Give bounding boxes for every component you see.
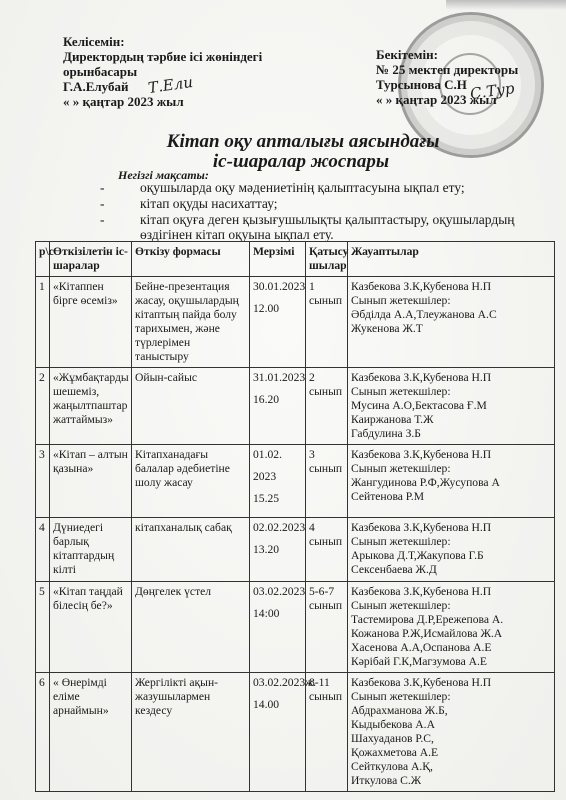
responsible-line: Сынып жетекшілер: [351, 462, 551, 476]
responsible-line: Сынып жетекшілер: [351, 535, 551, 549]
responsible-line: Казбекова З.К,Кубенова Н.П [351, 371, 551, 385]
date-line: 13.20 [253, 543, 302, 557]
cell-number: 4 [36, 518, 50, 582]
responsible-line: Казбекова З.К,Кубенова Н.П [351, 280, 551, 294]
cell-responsible: Казбекова З.К,Кубенова Н.ПСынып жетекшіл… [348, 582, 555, 673]
date-line: 03.02.2023 [253, 585, 302, 599]
responsible-line: Кожанова Р.Ж,Исмайлова Ж.А [351, 627, 551, 641]
responsible-line: Сексенбаева Ж.Д [351, 563, 551, 577]
date-line: 14:00 [253, 607, 302, 621]
responsible-line: Хасенова А.А,Оспанова А.Е [351, 641, 551, 655]
date-line: 2023 [253, 470, 302, 484]
date-line: 15.25 [253, 492, 302, 506]
cell-responsible: Казбекова З.К,Кубенова Н.ПСынып жетекшіл… [348, 277, 555, 368]
date-line: 30.01.2023 [253, 280, 302, 294]
responsible-line: Кәрібай Г.К,Магзумова А.Е [351, 655, 551, 669]
cell-participants: 1 сынып [306, 277, 348, 368]
scanned-page: Келісемін: Директордың тәрбие ісі жөнінд… [0, 0, 566, 800]
cell-event: Дүниедегі барлық кітаптардың кілті [50, 518, 132, 582]
cell-event: «Кітап – алтын қазына» [50, 445, 132, 518]
responsible-line: Казбекова З.К,Кубенова Н.П [351, 521, 551, 535]
responsible-line: Габдулина З.Б [351, 427, 551, 441]
responsible-line: Арыкова Д.Т,Жакупова Г.Б [351, 549, 551, 563]
approval-block-left: Келісемін: Директордың тәрбие ісі жөнінд… [63, 34, 262, 109]
responsible-line: Әбділда А.А,Тлеужанова А.С [351, 308, 551, 322]
responsible-line: Шахуаданов Р.С, [351, 732, 551, 746]
cell-date: 03.02.2023ж.14.00 [250, 673, 306, 792]
table-row: 5«Кітап таңдай білесің бе?»Дөңгелек үсте… [36, 582, 555, 673]
cell-number: 3 [36, 445, 50, 518]
cell-event: «Кітаппен бірге өсеміз» [50, 277, 132, 368]
table-row: 6« Өнерімді еліме арнаймын»Жергілікті ақ… [36, 673, 555, 792]
responsible-line: Сынып жетекшілер: [351, 690, 551, 704]
header-date: Мерзімі [250, 242, 306, 277]
approval-position: Директордың тәрбие ісі жөніндегі [63, 49, 262, 64]
cell-number: 1 [36, 277, 50, 368]
date-line: 01.02. [253, 448, 302, 462]
responsible-line: Сынып жетекшілер: [351, 294, 551, 308]
responsible-line: Каиржанова Т.Ж [351, 413, 551, 427]
cell-date: 30.01.202312.00 [250, 277, 306, 368]
cell-number: 6 [36, 673, 50, 792]
header-responsible: Жауаптылар [348, 242, 555, 277]
cell-responsible: Казбекова З.К,Кубенова Н.ПСынып жетекшіл… [348, 368, 555, 445]
cell-date: 01.02.202315.25 [250, 445, 306, 518]
responsible-line: Сейтенова Р.М [351, 490, 551, 504]
goal-item: -кітап оқуға деген қызығушылықты қалыпта… [140, 212, 515, 228]
cell-date: 02.02.202313.20 [250, 518, 306, 582]
events-plan-table: р\с Өткізілетін іс-шаралар Өткізу формас… [35, 241, 555, 792]
document-subtitle: іс-шаралар жоспары [18, 152, 566, 172]
goal-item: -кітап оқуды насихаттау; [140, 196, 278, 212]
responsible-line: Сынып жетекшілер: [351, 599, 551, 613]
cell-number: 5 [36, 582, 50, 673]
cell-participants: 4 сынып [306, 518, 348, 582]
cell-date: 03.02.202314:00 [250, 582, 306, 673]
responsible-line: Казбекова З.К,Кубенова Н.П [351, 676, 551, 690]
cell-participants: 2 сынып [306, 368, 348, 445]
responsible-line: Сынып жетекшілер: [351, 385, 551, 399]
cell-form: Кітапханадағы балалар әдебиетіне шолу жа… [132, 445, 250, 518]
cell-form: Дөңгелек үстел [132, 582, 250, 673]
cell-form: Жергілікті ақын-жазушылармен кездесу [132, 673, 250, 792]
responsible-line: Мусина А.О,Бектасова Ғ.М [351, 399, 551, 413]
cell-participants: 3 сынып [306, 445, 348, 518]
responsible-line: Абдрахманова Ж.Б, [351, 704, 551, 718]
approval-position: № 25 мектеп директоры [376, 62, 518, 77]
scan-shadow [446, 0, 566, 10]
cell-participants: 8-11 сынып [306, 673, 348, 792]
responsible-line: Жангудинова Р.Ф,Жусупова А [351, 476, 551, 490]
cell-event: «Жұмбақтарды шешеміз, жаңылтпаштар жатта… [50, 368, 132, 445]
responsible-line: Жукенова Ж.Т [351, 322, 551, 336]
approval-date: « » қаңтар 2023 жыл [63, 94, 262, 109]
table-row: 3«Кітап – алтын қазына»Кітапханадағы бал… [36, 445, 555, 518]
responsible-line: Кыдыбекова А.А [351, 718, 551, 732]
table-row: 4Дүниедегі барлық кітаптардың кілтікітап… [36, 518, 555, 582]
responsible-line: Иткулова С.Ж [351, 774, 551, 788]
date-line: 12.00 [253, 302, 302, 316]
document-title: Кітап оқу апталығы аясындағы [20, 132, 566, 152]
date-line: 03.02.2023ж. [253, 676, 302, 690]
approval-heading: Бекітемін: [376, 47, 518, 62]
header-number: р\с [36, 242, 50, 277]
table-row: 2«Жұмбақтарды шешеміз, жаңылтпаштар жатт… [36, 368, 555, 445]
responsible-line: Казбекова З.К,Кубенова Н.П [351, 585, 551, 599]
cell-form: кітапханалық сабақ [132, 518, 250, 582]
cell-participants: 5-6-7 сынып [306, 582, 348, 673]
date-line: 14.00 [253, 698, 302, 712]
goal-item: -оқушыларда оқу мәдениетінің қалыптасуын… [140, 180, 465, 196]
cell-form: Бейне-презентация жасау, оқушылардың кіт… [132, 277, 250, 368]
header-participants: Қатысу шылар [306, 242, 348, 277]
cell-event: «Кітап таңдай білесің бе?» [50, 582, 132, 673]
cell-responsible: Казбекова З.К,Кубенова Н.ПСынып жетекшіл… [348, 518, 555, 582]
cell-event: « Өнерімді еліме арнаймын» [50, 673, 132, 792]
responsible-line: Тастемирова Д.Р,Ережепова А. [351, 613, 551, 627]
date-line: 31.01.2023 [253, 371, 302, 385]
header-event: Өткізілетін іс-шаралар [50, 242, 132, 277]
cell-responsible: Казбекова З.К,Кубенова Н.ПСынып жетекшіл… [348, 445, 555, 518]
cell-number: 2 [36, 368, 50, 445]
table-row: 1«Кітаппен бірге өсеміз»Бейне-презентаци… [36, 277, 555, 368]
table-header-row: р\с Өткізілетін іс-шаралар Өткізу формас… [36, 242, 555, 277]
header-form: Өткізу формасы [132, 242, 250, 277]
responsible-line: Казбекова З.К,Кубенова Н.П [351, 448, 551, 462]
cell-responsible: Казбекова З.К,Кубенова Н.ПСынып жетекшіл… [348, 673, 555, 792]
responsible-line: Сейткулова А.Қ, [351, 760, 551, 774]
cell-date: 31.01.202316.20 [250, 368, 306, 445]
date-line: 16.20 [253, 393, 302, 407]
date-line: 02.02.2023 [253, 521, 302, 535]
responsible-line: Қожахметова А.Е [351, 746, 551, 760]
approval-heading: Келісемін: [63, 34, 262, 49]
cell-form: Ойын-сайыс [132, 368, 250, 445]
